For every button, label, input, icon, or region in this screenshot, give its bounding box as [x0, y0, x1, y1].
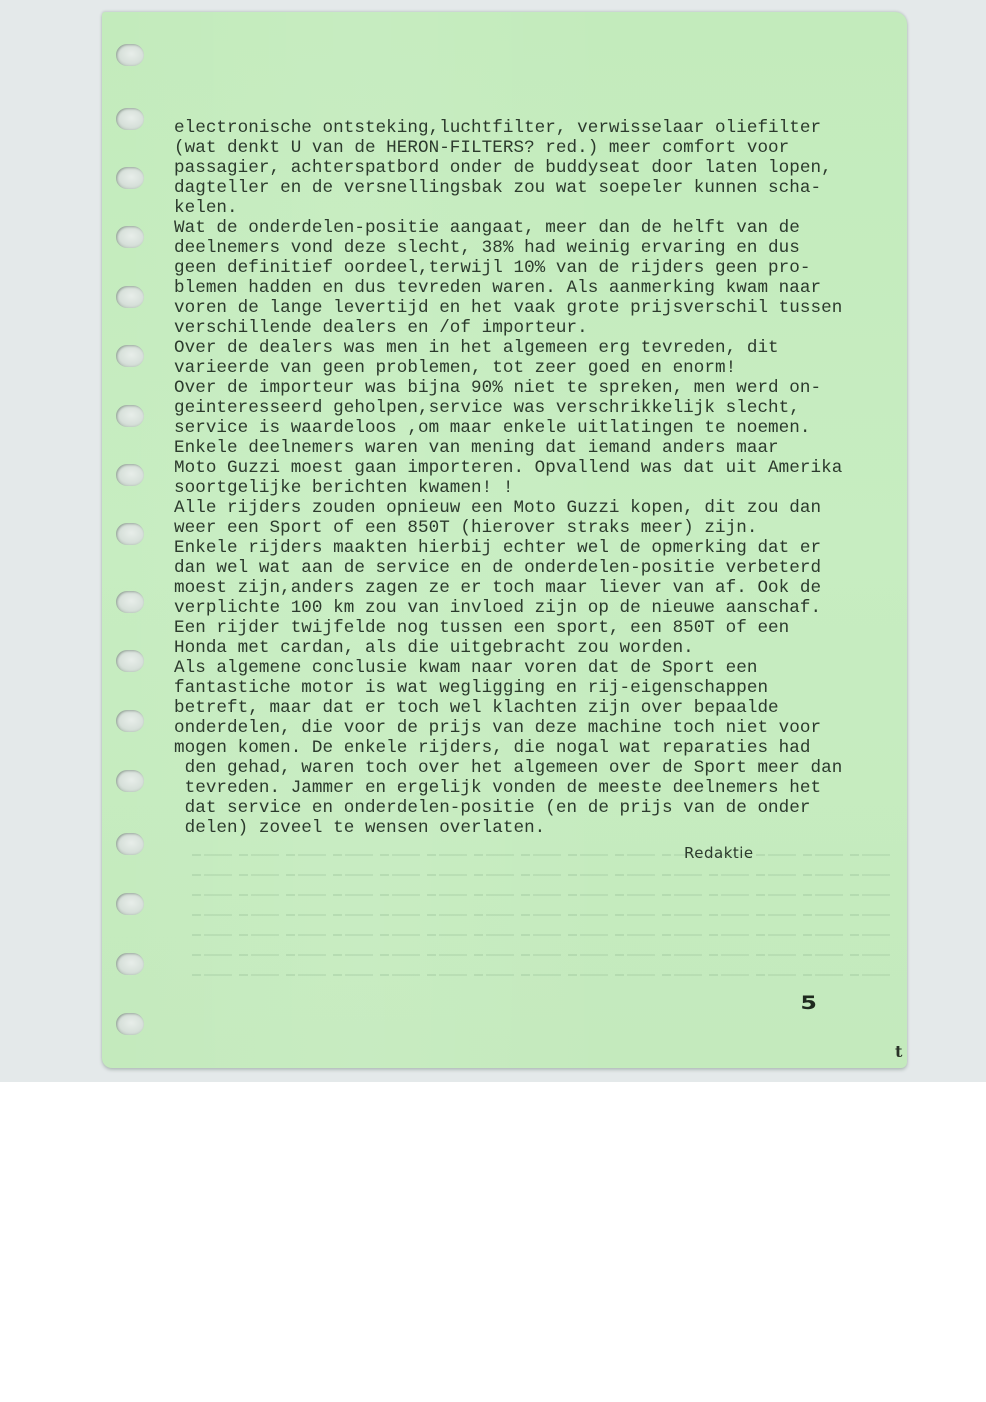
text-line: tevreden. Jammer en ergelijk vonden de m…: [174, 778, 842, 798]
punch-hole: [116, 591, 144, 613]
text-line: mogen komen. De enkele rijders, die noga…: [174, 738, 842, 758]
signature: Redaktie: [684, 844, 754, 862]
text-line: betreft, maar dat er toch wel klachten z…: [174, 698, 842, 718]
text-line: verschillende dealers en /of importeur.: [174, 318, 842, 338]
text-line: Als algemene conclusie kwam naar voren d…: [174, 658, 842, 678]
text-line: voren de lange levertijd en het vaak gro…: [174, 298, 842, 318]
punch-hole: [116, 953, 144, 975]
text-line: Wat de onderdelen-positie aangaat, meer …: [174, 218, 842, 238]
article-body: electronische ontsteking,luchtfilter, ve…: [174, 118, 842, 838]
text-line: geen definitief oordeel,terwijl 10% van …: [174, 258, 842, 278]
punch-hole: [116, 1013, 144, 1035]
punch-hole: [116, 405, 144, 427]
text-line: den gehad, waren toch over het algemeen …: [174, 758, 842, 778]
text-line: moest zijn,anders zagen ze er toch maar …: [174, 578, 842, 598]
punch-hole: [116, 710, 144, 732]
text-line: fantastiche motor is wat wegligging en r…: [174, 678, 842, 698]
punch-hole: [116, 286, 144, 308]
text-line: dagteller en de versnellingsbak zou wat …: [174, 178, 842, 198]
text-line: electronische ontsteking,luchtfilter, ve…: [174, 118, 842, 138]
text-line: Alle rijders zouden opnieuw een Moto Guz…: [174, 498, 842, 518]
text-line: Een rijder twijfelde nog tussen een spor…: [174, 618, 842, 638]
punch-hole: [116, 770, 144, 792]
text-line: Honda met cardan, als die uitgebracht zo…: [174, 638, 842, 658]
text-line: onderdelen, die voor de prijs van deze m…: [174, 718, 842, 738]
edge-mark: t: [895, 1042, 902, 1061]
text-line: Enkele deelnemers waren van mening dat i…: [174, 438, 842, 458]
text-line: varieerde van geen problemen, tot zeer g…: [174, 358, 842, 378]
text-line: service is waardeloos ,om maar enkele ui…: [174, 418, 842, 438]
text-line: blemen hadden en dus tevreden waren. Als…: [174, 278, 842, 298]
punch-hole: [116, 833, 144, 855]
text-line: weer een Sport of een 850T (hierover str…: [174, 518, 842, 538]
punch-hole: [116, 167, 144, 189]
text-line: soortgelijke berichten kwamen! !: [174, 478, 842, 498]
text-line: Over de dealers was men in het algemeen …: [174, 338, 842, 358]
text-line: delen) zoveel te wensen overlaten.: [174, 818, 842, 838]
text-line: passagier, achterspatbord onder de buddy…: [174, 158, 842, 178]
punch-hole: [116, 345, 144, 367]
text-line: verplichte 100 km zou van invloed zijn o…: [174, 598, 842, 618]
text-line: Over de importeur was bijna 90% niet te …: [174, 378, 842, 398]
text-line: kelen.: [174, 198, 842, 218]
text-line: Moto Guzzi moest gaan importeren. Opvall…: [174, 458, 842, 478]
text-line: deelnemers vond deze slecht, 38% had wei…: [174, 238, 842, 258]
text-line: Enkele rijders maakten hierbij echter we…: [174, 538, 842, 558]
text-line: geinteresseerd geholpen,service was vers…: [174, 398, 842, 418]
page-number: 5: [800, 992, 817, 1014]
punch-hole: [116, 523, 144, 545]
text-line: (wat denkt U van de HERON-FILTERS? red.)…: [174, 138, 842, 158]
punch-hole: [116, 650, 144, 672]
bleed-through-text: [192, 854, 892, 994]
document-page: electronische ontsteking,luchtfilter, ve…: [102, 12, 907, 1068]
punch-hole: [116, 893, 144, 915]
punch-hole: [116, 226, 144, 248]
punch-hole: [116, 464, 144, 486]
text-line: dan wel wat aan de service en de onderde…: [174, 558, 842, 578]
text-line: dat service en onderdelen-positie (en de…: [174, 798, 842, 818]
punch-hole: [116, 108, 144, 130]
punch-hole: [116, 44, 144, 66]
